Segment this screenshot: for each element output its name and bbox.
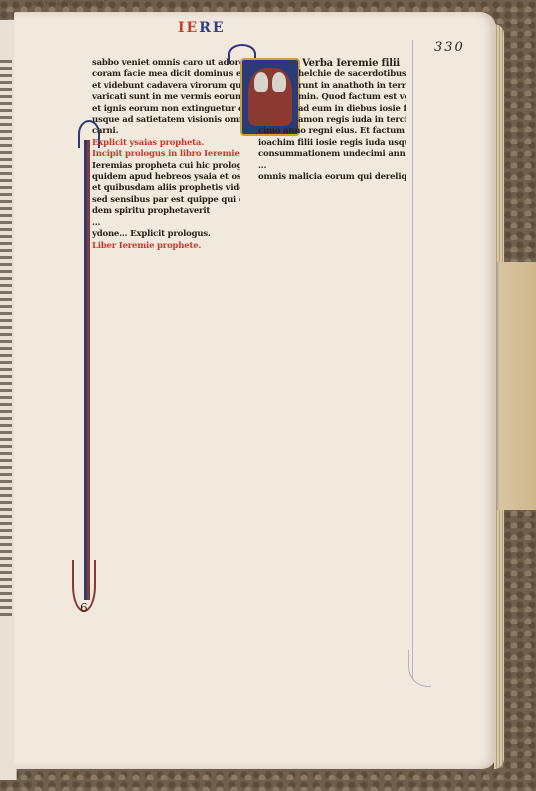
text-line: ioachim filii iosie regis iuda usque ad (258, 138, 406, 149)
ruling-line (412, 40, 413, 680)
text-line: cimo anno regni eius. Et factum est in d… (258, 126, 406, 137)
text-line: usque ad satietatem visionis omni (92, 115, 240, 126)
folio-number: 330 (434, 40, 465, 55)
running-head: IERE (178, 20, 226, 36)
running-head-part: IE (178, 20, 199, 36)
text-column-left: sabbo veniet omnis caro ut adore coram f… (92, 58, 240, 598)
text-line: carni. (92, 126, 240, 137)
text-line: helchie de sacerdotibus qui fue (258, 69, 406, 80)
illuminated-border-bar (84, 140, 90, 600)
text-line: Ieremias propheta cui hic prologus scrib… (92, 161, 240, 172)
text-line: et videbunt cadavera virorum qui pre (92, 81, 240, 92)
text-line: varicati sunt in me vermis eorum non mor… (92, 92, 240, 103)
text-line: et quibusdam aliis prophetis videtur ess… (92, 183, 240, 194)
text-line: amon regis iuda in tercio de (258, 115, 406, 126)
text-line: ... (92, 218, 240, 229)
text-line: ydone... Explicit prologus. (92, 229, 240, 240)
rubric-line: Liber Ieremie prophete. (92, 241, 240, 252)
running-head-part: RE (199, 20, 225, 36)
text-line: et ignis eorum non extinguetur et erunt (92, 104, 240, 115)
marginal-mark: 6 (80, 601, 88, 615)
text-line: ad eum in diebus iosie filii (258, 104, 406, 115)
facing-page-text (0, 60, 12, 620)
text-line: ... (258, 161, 406, 172)
text-column-right: Verba Ieremie filii helchie de sacerdoti… (258, 58, 406, 588)
text-line: consummationem undecimi anni sedechie (258, 149, 406, 160)
text-line: coram facie mea dicit dominus ego eum (92, 69, 240, 80)
text-line: sed sensibus par est quippe qui eo (92, 195, 240, 206)
text-line: quidem apud hebreos ysaia et osee (92, 172, 240, 183)
text-line: dem spiritu prophetaverit (92, 206, 240, 217)
previous-leaf-text: expl ysaie p̄p̄ha incipit pl' (30, 0, 210, 12)
text-line: runt in anathoth in terra benia (258, 81, 406, 92)
text-line: omnis malicia eorum qui dereliquerunt me (258, 172, 406, 183)
text-line: Verba Ieremie filii (258, 58, 406, 69)
rubric-line: Explicit ysaias propheta. (92, 138, 240, 149)
text-line: sabbo veniet omnis caro ut adore (92, 58, 240, 69)
rubric-line: Incipit prologus in libro Ieremie prophe… (92, 149, 240, 160)
text-line: min. Quod factum est verbum domini (258, 92, 406, 103)
